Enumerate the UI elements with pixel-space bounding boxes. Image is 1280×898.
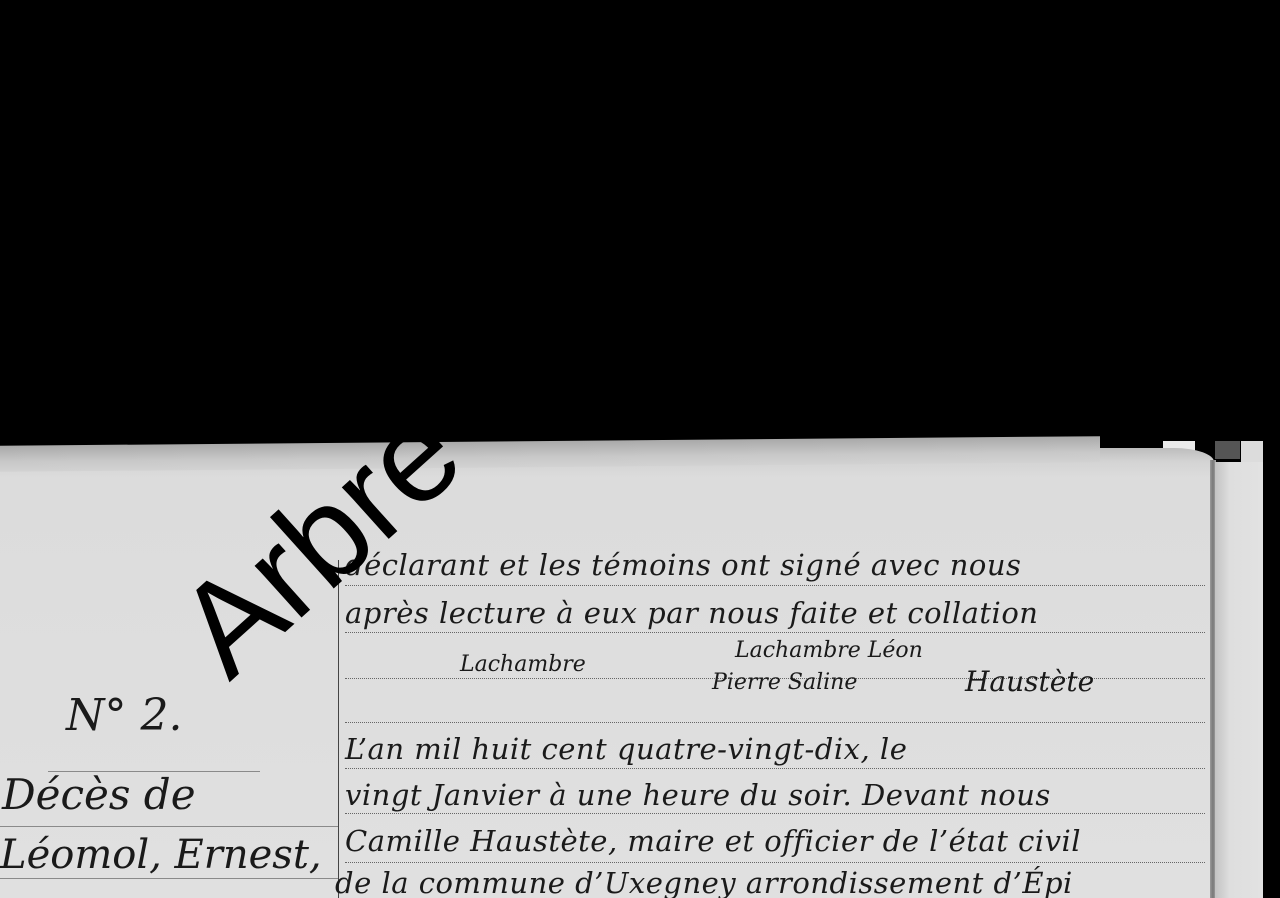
ruled-line	[345, 585, 1205, 586]
ruled-line	[345, 632, 1205, 633]
signature: Lachambre	[460, 652, 586, 677]
signature: Lachambre Léon	[735, 638, 923, 663]
body-line: Camille Haustète, maire et officier de l…	[345, 824, 1081, 858]
signature: Haustète	[965, 665, 1094, 698]
black-border-top	[0, 0, 1280, 441]
record-number: N° 2.	[66, 690, 182, 741]
signature: Pierre Saline	[712, 670, 857, 695]
ruled-line	[345, 862, 1205, 863]
ruled-line	[345, 722, 1205, 723]
margin-line	[0, 826, 338, 827]
background-object	[1215, 441, 1240, 459]
body-line: de la commune d’Uxegney arrondissement d…	[335, 866, 1073, 898]
body-line: L’an mil huit cent quatre-vingt-dix, le	[345, 732, 907, 766]
ruled-line	[345, 813, 1205, 814]
register-page-right	[1215, 462, 1263, 898]
margin-line	[0, 878, 338, 879]
body-line: après lecture à eux par nous faite et co…	[345, 596, 1038, 630]
margin-title-line2: Léomol, Ernest,	[0, 832, 322, 878]
margin-title-line1: Décès de	[2, 770, 196, 819]
ruled-line	[345, 768, 1205, 769]
background-object	[1241, 441, 1263, 463]
body-line: vingt Janvier à une heure du soir. Devan…	[345, 778, 1051, 812]
body-line: déclarant et les témoins ont signé avec …	[345, 548, 1021, 582]
